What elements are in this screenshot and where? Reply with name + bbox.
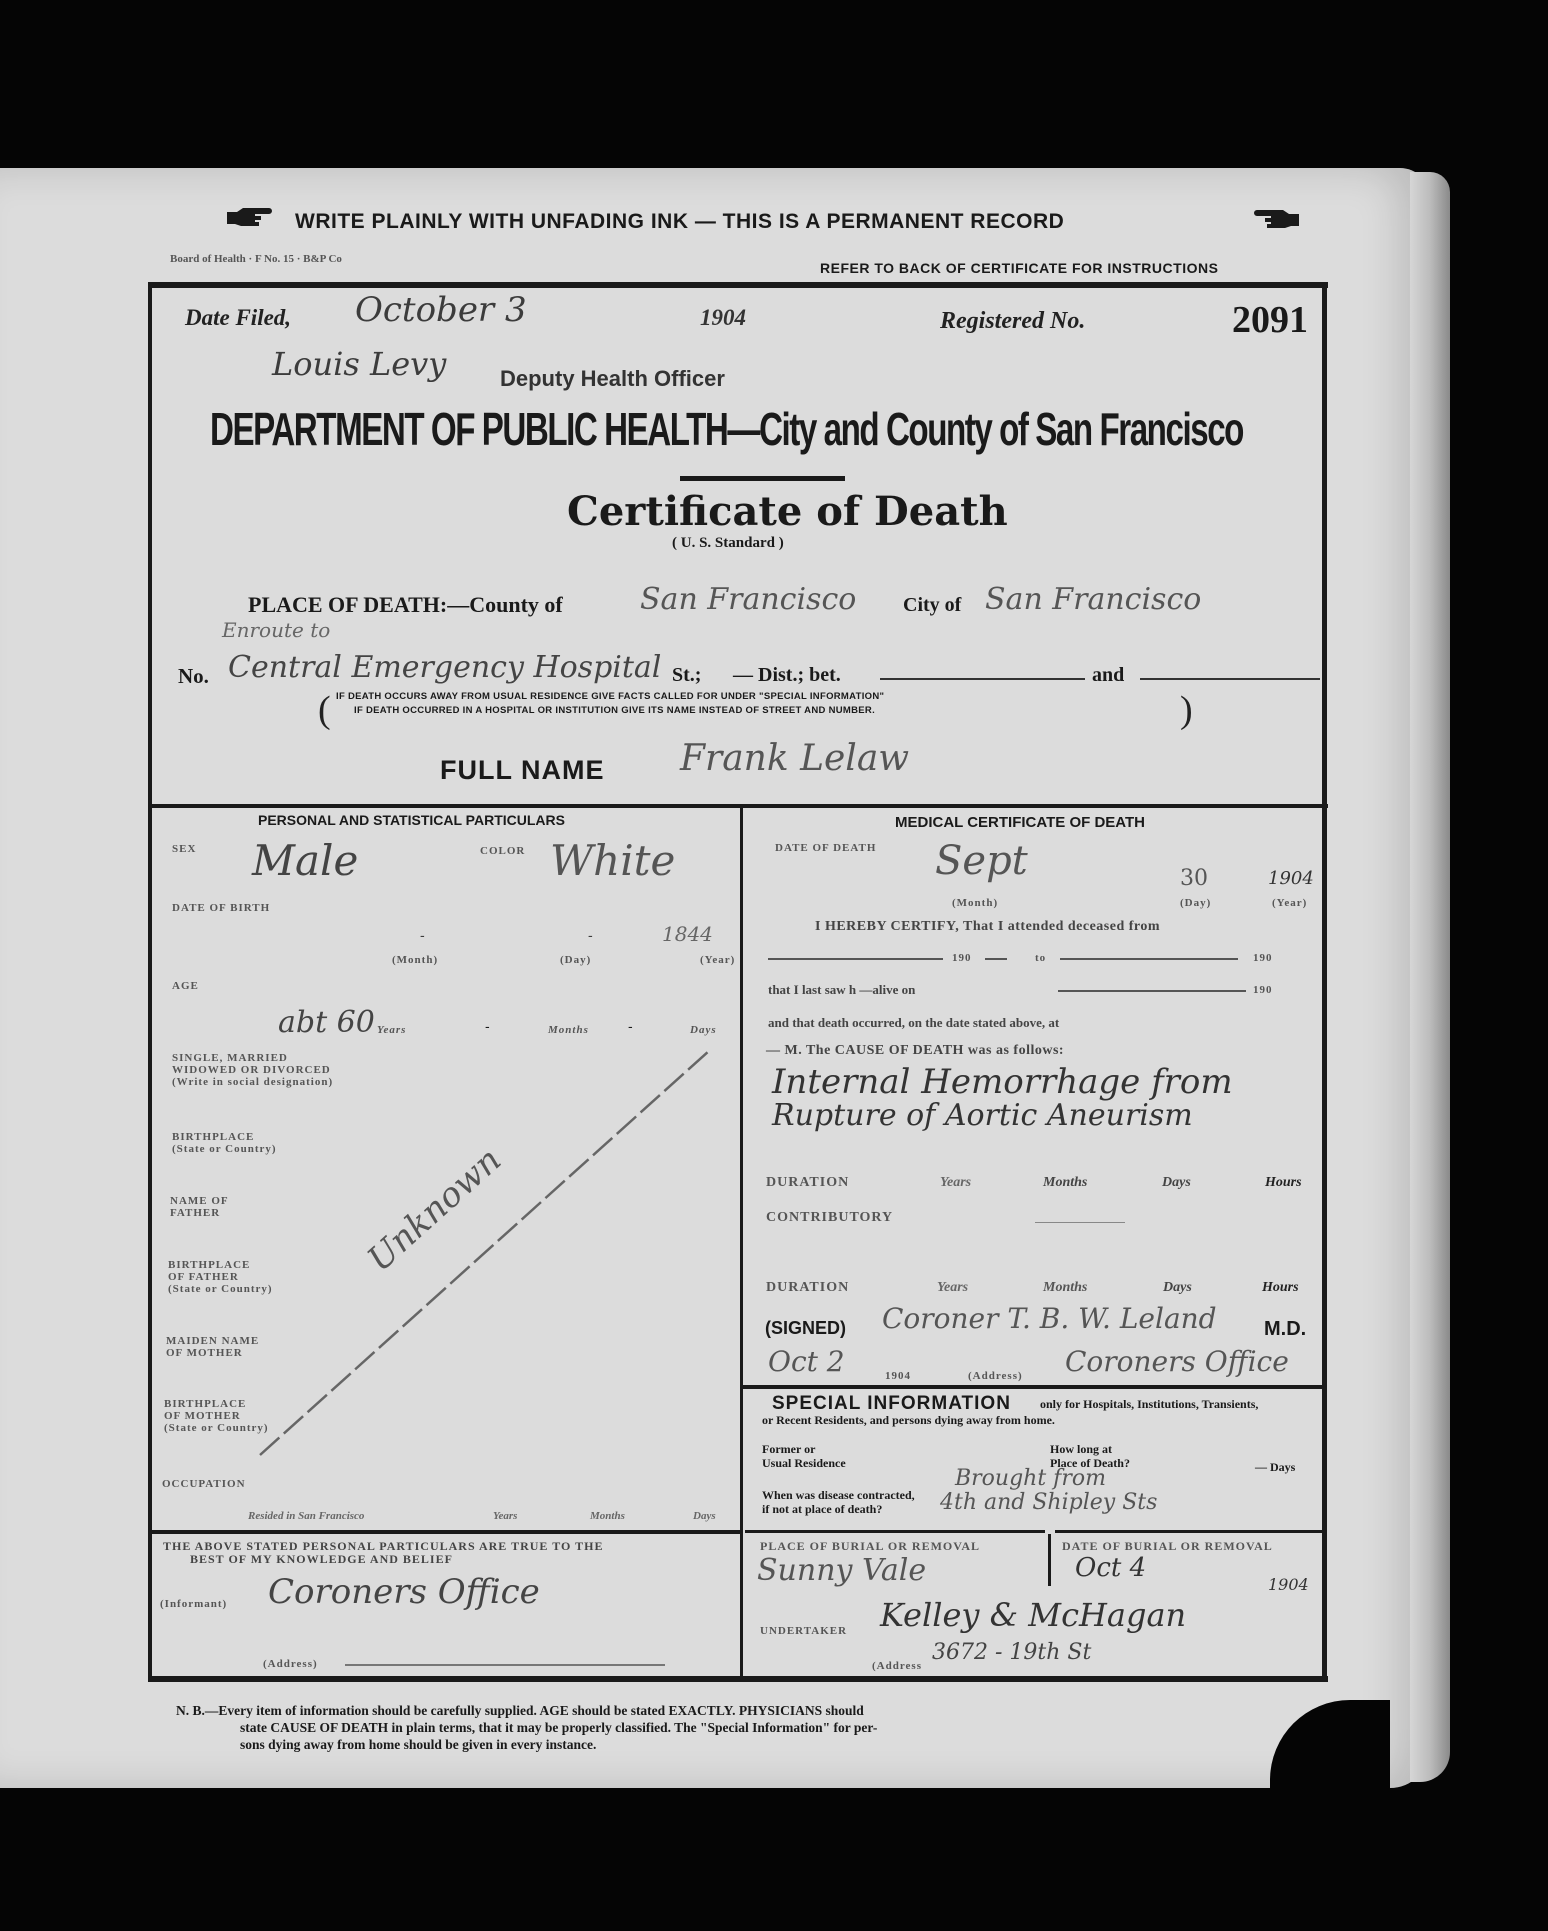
burial-date-value: Oct 4 <box>1075 1553 1146 1583</box>
contracted-label-2: if not at place of death? <box>762 1502 915 1516</box>
resided-years-label: Years <box>493 1510 517 1522</box>
city-value: San Francisco <box>985 582 1201 617</box>
dod-day: 30 <box>1180 866 1208 891</box>
special-divider <box>743 1385 1325 1389</box>
signed-address-label: (Address) <box>968 1370 1023 1382</box>
father-birthplace-label-2: OF FATHER <box>168 1271 239 1283</box>
to-line <box>1060 958 1238 960</box>
hospital-value: Central Emergency Hospital <box>228 650 661 685</box>
informant-statement-2: BEST OF MY KNOWLEDGE AND BELIEF <box>190 1553 453 1565</box>
informant-value: Coroners Office <box>268 1572 540 1612</box>
signed-label: (SIGNED) <box>765 1318 846 1339</box>
duration-years: Years <box>940 1175 971 1191</box>
enroute-note: Enroute to <box>222 618 330 642</box>
dod-month: Sept <box>935 838 1028 884</box>
former-residence-label-1: Former or <box>762 1442 846 1456</box>
contracted-label: When was disease contracted, if not at p… <box>762 1488 915 1516</box>
resided-months-label: Months <box>590 1510 625 1522</box>
to-label: to <box>1035 952 1046 964</box>
burial-date-label: DATE OF BURIAL OR REMOVAL <box>1062 1540 1273 1552</box>
undertaker-label: UNDERTAKER <box>760 1625 847 1637</box>
top-border <box>148 282 1328 288</box>
age-days-label: Days <box>690 1024 717 1036</box>
from-190: 190 <box>952 952 972 964</box>
city-label: City of <box>903 594 961 617</box>
how-long-label-1: How long at <box>1050 1442 1130 1456</box>
duration-months: Months <box>1043 1175 1087 1191</box>
and-line <box>1140 678 1320 680</box>
contracted-value-1: Brought from <box>955 1466 1106 1491</box>
undertaker-address-label: (Address <box>872 1660 922 1672</box>
dob-day: - <box>588 928 593 944</box>
banner-text: WRITE PLAINLY WITH UNFADING INK — THIS I… <box>295 210 1064 234</box>
age-days-value: - <box>628 1018 633 1034</box>
officer-title: Deputy Health Officer <box>500 366 725 392</box>
last-saw-line: that I last saw h —alive on <box>768 982 915 998</box>
street-no-label: No. <box>178 664 209 689</box>
district-line <box>880 678 1085 680</box>
dob-label: DATE OF BIRTH <box>172 902 270 914</box>
father-name-label-1: NAME OF <box>170 1195 229 1207</box>
county-value: San Francisco <box>640 582 856 617</box>
note-paren-right: ) <box>1180 688 1193 732</box>
paper-edge <box>1410 172 1450 1782</box>
color-value: White <box>550 836 675 885</box>
how-long-value: — Days <box>1255 1460 1295 1475</box>
informant-address-line <box>345 1664 665 1666</box>
undertaker-value: Kelley & McHagan <box>880 1596 1186 1634</box>
father-birthplace-label-1: BIRTHPLACE <box>168 1259 250 1271</box>
sex-value: Male <box>252 836 358 885</box>
duration-years-2: Years <box>937 1280 968 1296</box>
place-note-line-2: IF DEATH OCCURRED IN A HOSPITAL OR INSTI… <box>354 705 875 716</box>
from-line <box>768 958 943 960</box>
death-occurred-line: and that death occurred, on the date sta… <box>768 1015 1059 1031</box>
informant-divider <box>150 1530 742 1534</box>
signed-address-value: Coroners Office <box>1065 1345 1289 1378</box>
mother-maiden-label-2: OF MOTHER <box>166 1347 243 1359</box>
column-divider <box>740 806 743 1676</box>
special-note-2: or Recent Residents, and persons dying a… <box>762 1413 1055 1428</box>
occupation-label: OCCUPATION <box>162 1478 246 1490</box>
signed-year: 1904 <box>885 1370 911 1382</box>
duration-days: Days <box>1162 1175 1191 1191</box>
dob-year-label: (Year) <box>700 954 735 966</box>
age-value: abt 60 <box>278 1005 375 1040</box>
dob-day-label: (Day) <box>560 954 591 966</box>
footer-note: N. B.—Every item of information should b… <box>176 1702 1256 1753</box>
informant-label: (Informant) <box>160 1598 227 1610</box>
duration-label-2: DURATION <box>766 1282 849 1294</box>
dob-month: - <box>420 928 425 944</box>
last-saw-190: 190 <box>1253 984 1273 996</box>
district-label: — Dist.; bet. <box>733 664 841 687</box>
contracted-value-2: 4th and Shipley Sts <box>940 1490 1157 1515</box>
dod-year: 1904 <box>1268 868 1314 889</box>
pointing-hand-icon <box>225 206 281 230</box>
dod-month-label: (Month) <box>952 897 998 909</box>
signed-value: Coroner T. B. W. Leland <box>882 1302 1217 1335</box>
burial-date-year: 1904 <box>1268 1575 1309 1594</box>
dod-label: DATE OF DEATH <box>775 842 876 854</box>
date-filed-label: Date Filed, <box>185 305 291 331</box>
cause-intro: — M. The CAUSE OF DEATH was as follows: <box>766 1043 1064 1059</box>
footer-note-lead: N. B.— <box>176 1703 218 1718</box>
place-of-death-label: PLACE OF DEATH:—County of <box>248 592 563 618</box>
father-name-label-2: FATHER <box>170 1207 220 1219</box>
instructions-note: REFER TO BACK OF CERTIFICATE FOR INSTRUC… <box>820 260 1218 276</box>
pointing-hand-icon <box>1245 208 1301 232</box>
contracted-label-1: When was disease contracted, <box>762 1488 915 1502</box>
special-note-1: only for Hospitals, Institutions, Transi… <box>1040 1397 1258 1412</box>
color-label: COLOR <box>480 845 525 857</box>
cause-line-1: Internal Hemorrhage from <box>772 1062 1233 1102</box>
certify-line: I HEREBY CERTIFY, That I attended deceas… <box>815 919 1160 935</box>
date-filed-value: October 3 <box>355 290 527 330</box>
officer-signature: Louis Levy <box>272 345 446 383</box>
duration-label: DURATION <box>766 1177 849 1189</box>
personal-heading: PERSONAL AND STATISTICAL PARTICULARS <box>258 812 565 828</box>
mother-birthplace-label-1: BIRTHPLACE <box>164 1398 246 1410</box>
former-residence-label-2: Usual Residence <box>762 1456 846 1470</box>
dob-month-label: (Month) <box>392 954 438 966</box>
full-name-label: FULL NAME <box>440 755 605 786</box>
place-note-line-1: IF DEATH OCCURS AWAY FROM USUAL RESIDENC… <box>336 691 884 702</box>
certificate-subtitle: ( U. S. Standard ) <box>672 535 784 552</box>
section-divider <box>148 804 1328 808</box>
last-saw-date-line <box>1058 990 1246 992</box>
informant-address-label: (Address) <box>263 1658 318 1670</box>
contributory-label: CONTRIBUTORY <box>766 1212 893 1224</box>
former-residence-label: Former or Usual Residence <box>762 1442 846 1470</box>
registered-number: 2091 <box>1232 298 1308 342</box>
dash-line <box>985 958 1007 960</box>
street-label: St.; <box>672 664 701 687</box>
burial-divider-right <box>1055 1530 1325 1533</box>
dod-year-label: (Year) <box>1272 897 1307 909</box>
cause-line-2: Rupture of Aortic Aneurism <box>772 1098 1193 1133</box>
note-paren-left: ( <box>318 688 331 732</box>
footer-note-line-2: state CAUSE OF DEATH in plain terms, tha… <box>176 1719 1256 1736</box>
special-heading: SPECIAL INFORMATION <box>772 1393 1011 1415</box>
form-id: Board of Health · F No. 15 · B&P Co <box>170 253 342 265</box>
burial-place-label: PLACE OF BURIAL OR REMOVAL <box>760 1540 980 1552</box>
undertaker-address-value: 3672 - 19th St <box>932 1640 1091 1665</box>
burial-divider-left <box>745 1530 1045 1533</box>
dod-day-label: (Day) <box>1180 897 1211 909</box>
unknown-slash-line <box>240 1040 720 1460</box>
title-rule <box>680 476 845 481</box>
resided-label: Resided in San Francisco <box>248 1510 364 1522</box>
duration-hours-2: Hours <box>1262 1280 1299 1296</box>
date-filed-year: 1904 <box>700 305 746 331</box>
duration-days-2: Days <box>1163 1280 1192 1296</box>
and-label: and <box>1092 664 1124 687</box>
age-label: AGE <box>172 980 199 992</box>
resided-days-label: Days <box>693 1510 716 1522</box>
duration-months-2: Months <box>1043 1280 1087 1296</box>
full-name-value: Frank Lelaw <box>680 738 909 779</box>
age-months-value: - <box>485 1018 490 1034</box>
right-border <box>1322 282 1327 1677</box>
medical-heading: MEDICAL CERTIFICATE OF DEATH <box>895 814 1145 831</box>
burial-place-value: Sunny Vale <box>757 1553 926 1588</box>
age-years-label: Years <box>377 1024 406 1036</box>
sex-label: SEX <box>172 843 196 855</box>
footer-note-line-1: Every item of information should be care… <box>218 1703 863 1718</box>
bottom-border <box>148 1676 1328 1682</box>
footer-note-line-3: sons dying away from home should be give… <box>176 1736 1256 1753</box>
signed-date: Oct 2 <box>768 1345 845 1378</box>
informant-statement-1: THE ABOVE STATED PERSONAL PARTICULARS AR… <box>163 1540 603 1552</box>
contributory-line <box>1035 1222 1125 1223</box>
dob-year: 1844 <box>662 922 713 946</box>
certificate-title: Certificate of Death <box>567 488 1008 535</box>
registered-label: Registered No. <box>940 308 1085 335</box>
md-label: M.D. <box>1264 1318 1306 1341</box>
mother-birthplace-label-2: OF MOTHER <box>164 1410 241 1422</box>
duration-hours: Hours <box>1265 1175 1302 1191</box>
to-190: 190 <box>1253 952 1273 964</box>
left-border <box>148 282 152 1682</box>
department-heading: DEPARTMENT OF PUBLIC HEALTH—City and Cou… <box>210 402 1002 456</box>
burial-column-divider <box>1048 1534 1051 1586</box>
age-months-label: Months <box>548 1024 589 1036</box>
